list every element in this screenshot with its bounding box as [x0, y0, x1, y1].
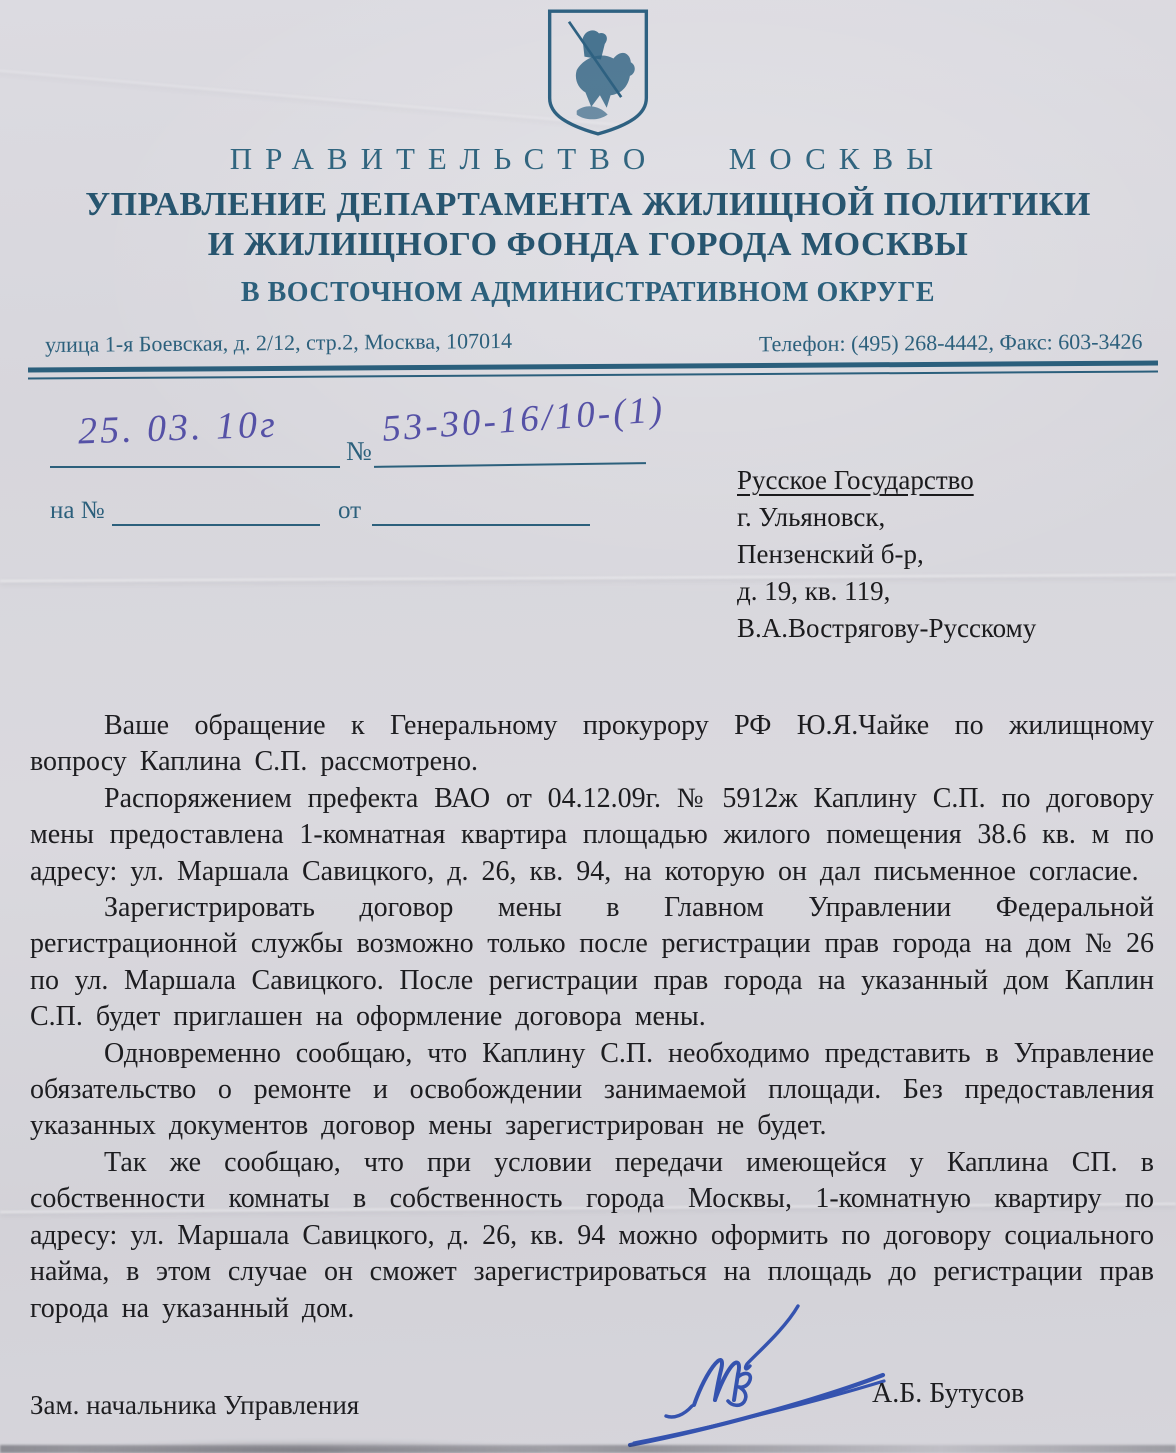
recipient-line: В.А.Вострягову-Русскому — [737, 610, 1137, 647]
reply-number-label: на № — [50, 497, 105, 525]
scanned-letter-page: ПРАВИТЕЛЬСТВО МОСКВЫ УПРАВЛЕНИЕ ДЕПАРТАМ… — [0, 0, 1176, 1453]
date-underline — [50, 466, 340, 468]
recipient-block: Русское Государство г. Ульяновск, Пензен… — [737, 462, 1137, 647]
scan-bottom-smudge — [80, 1441, 550, 1453]
body-paragraph: Зарегистрировать договор мены в Главном … — [30, 890, 1154, 1036]
outgoing-number-handwritten: 53-30-16/10-(1) — [381, 388, 667, 451]
reply-date-label: от — [338, 497, 361, 525]
org-name-line-1: УПРАВЛЕНИЕ ДЕПАРТАМЕНТА ЖИЛИЩНОЙ ПОЛИТИК… — [0, 186, 1176, 224]
recipient-line: д. 19, кв. 119, — [737, 573, 1137, 610]
body-paragraph: Ваше обращение к Генеральному прокурору … — [30, 708, 1154, 781]
letterhead-contact-row: улица 1-я Боевская, д. 2/12, стр.2, Моск… — [45, 330, 1142, 356]
reply-date-underline — [372, 524, 590, 526]
moscow-coat-of-arms-icon — [540, 6, 656, 140]
outgoing-date-handwritten: 25. 03. 10г — [77, 403, 278, 454]
number-sign-label: № — [346, 436, 372, 467]
signature-autograph-icon — [598, 1282, 928, 1453]
number-underline — [374, 462, 646, 468]
signer-name: А.Б. Бутусов — [872, 1378, 1024, 1410]
separator-rule-thin — [28, 371, 1158, 380]
recipient-line: Русское Государство — [737, 462, 1137, 499]
signer-position-title: Зам. начальника Управления — [30, 1390, 359, 1421]
letterhead-phone-fax: Телефон: (495) 268-4442, Факс: 603-3426 — [758, 329, 1142, 358]
org-district-line: В ВОСТОЧНОМ АДМИНИСТРАТИВНОМ ОКРУГЕ — [0, 277, 1176, 309]
reply-number-underline — [112, 524, 320, 526]
government-title: ПРАВИТЕЛЬСТВО МОСКВЫ — [0, 141, 1176, 177]
body-paragraph: Одновременно сообщаю, что Каплину С.П. н… — [30, 1036, 1154, 1145]
body-paragraph: Распоряжением префекта ВАО от 04.12.09г.… — [30, 781, 1154, 890]
recipient-line: г. Ульяновск, — [737, 499, 1137, 536]
body-paragraph: Так же сообщаю, что при условии передачи… — [30, 1145, 1154, 1327]
org-name-line-2: И ЖИЛИЩНОГО ФОНДА ГОРОДА МОСКВЫ — [0, 226, 1176, 264]
recipient-line: Пензенский б-р, — [737, 536, 1137, 573]
paper-crease — [0, 68, 619, 126]
letter-body: Ваше обращение к Генеральному прокурору … — [30, 708, 1154, 1327]
letterhead-address: улица 1-я Боевская, д. 2/12, стр.2, Моск… — [45, 328, 512, 358]
